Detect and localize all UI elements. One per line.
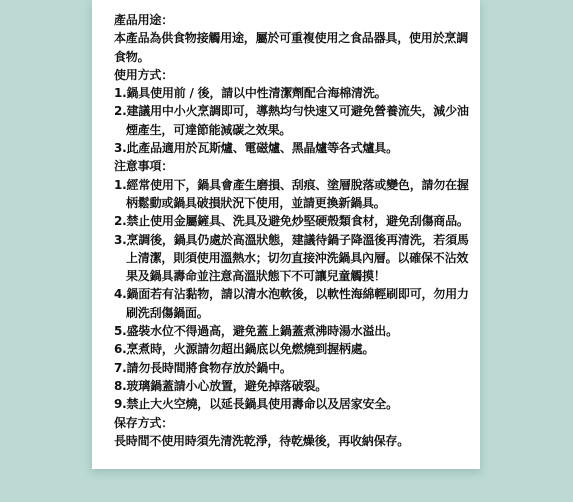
usage-item-2: 2.建議用中小火烹調即可，導熱均勻快速又可避免營養流失，減少油煙產生，可達節能減… <box>114 102 474 139</box>
product-usage-text: 本產品為供食物接觸用途，屬於可重複使用之食品器具，使用於烹調食物。 <box>114 29 474 66</box>
precaution-item-5: 5.盛裝水位不得過高，避免蓋上鍋蓋煮沸時湯水溢出。 <box>114 322 474 340</box>
precaution-item-7: 7.請勿長時間將食物存放於鍋中。 <box>114 359 474 377</box>
heading-storage: 保存方式： <box>114 414 474 432</box>
product-info-content: 產品用途： 本產品為供食物接觸用途，屬於可重複使用之食品器具，使用於烹調食物。 … <box>114 11 474 450</box>
usage-item-3: 3.此產品適用於瓦斯爐、電磁爐、黑晶爐等各式爐具。 <box>114 139 474 157</box>
heading-usage-method: 使用方式： <box>114 66 474 84</box>
precaution-item-9: 9.禁止大火空燒，以延長鍋具使用壽命以及居家安全。 <box>114 395 474 413</box>
precaution-item-8: 8.玻璃鍋蓋請小心放置，避免掉落破裂。 <box>114 377 474 395</box>
product-info-card: 產品用途： 本產品為供食物接觸用途，屬於可重複使用之食品器具，使用於烹調食物。 … <box>92 0 480 469</box>
heading-precautions: 注意事項： <box>114 157 474 175</box>
usage-item-1: 1.鍋具使用前 / 後，請以中性清潔劑配合海棉清洗。 <box>114 84 474 102</box>
precaution-item-4: 4.鍋面若有沾黏物，請以清水泡軟後，以軟性海綿輕刷即可，勿用力刷洗刮傷鍋面。 <box>114 285 474 322</box>
precaution-item-6: 6.烹煮時，火源請勿超出鍋底以免燃燒到握柄處。 <box>114 340 474 358</box>
storage-text: 長時間不使用時須先清洗乾淨，待乾燥後，再收納保存。 <box>114 432 474 450</box>
precaution-item-3: 3.烹調後，鍋具仍處於高溫狀態，建議待鍋子降溫後再清洗，若須馬上清潔，則須使用溫… <box>114 231 474 286</box>
heading-product-usage: 產品用途： <box>114 11 474 29</box>
precaution-item-2: 2.禁止使用金屬鏟具、洗具及避免炒堅硬殼類食材，避免刮傷商品。 <box>114 212 474 230</box>
precaution-item-1: 1.經常使用下，鍋具會產生磨損、刮痕、塗層脫落或變色，請勿在握柄鬆動或鍋具破損狀… <box>114 176 474 213</box>
